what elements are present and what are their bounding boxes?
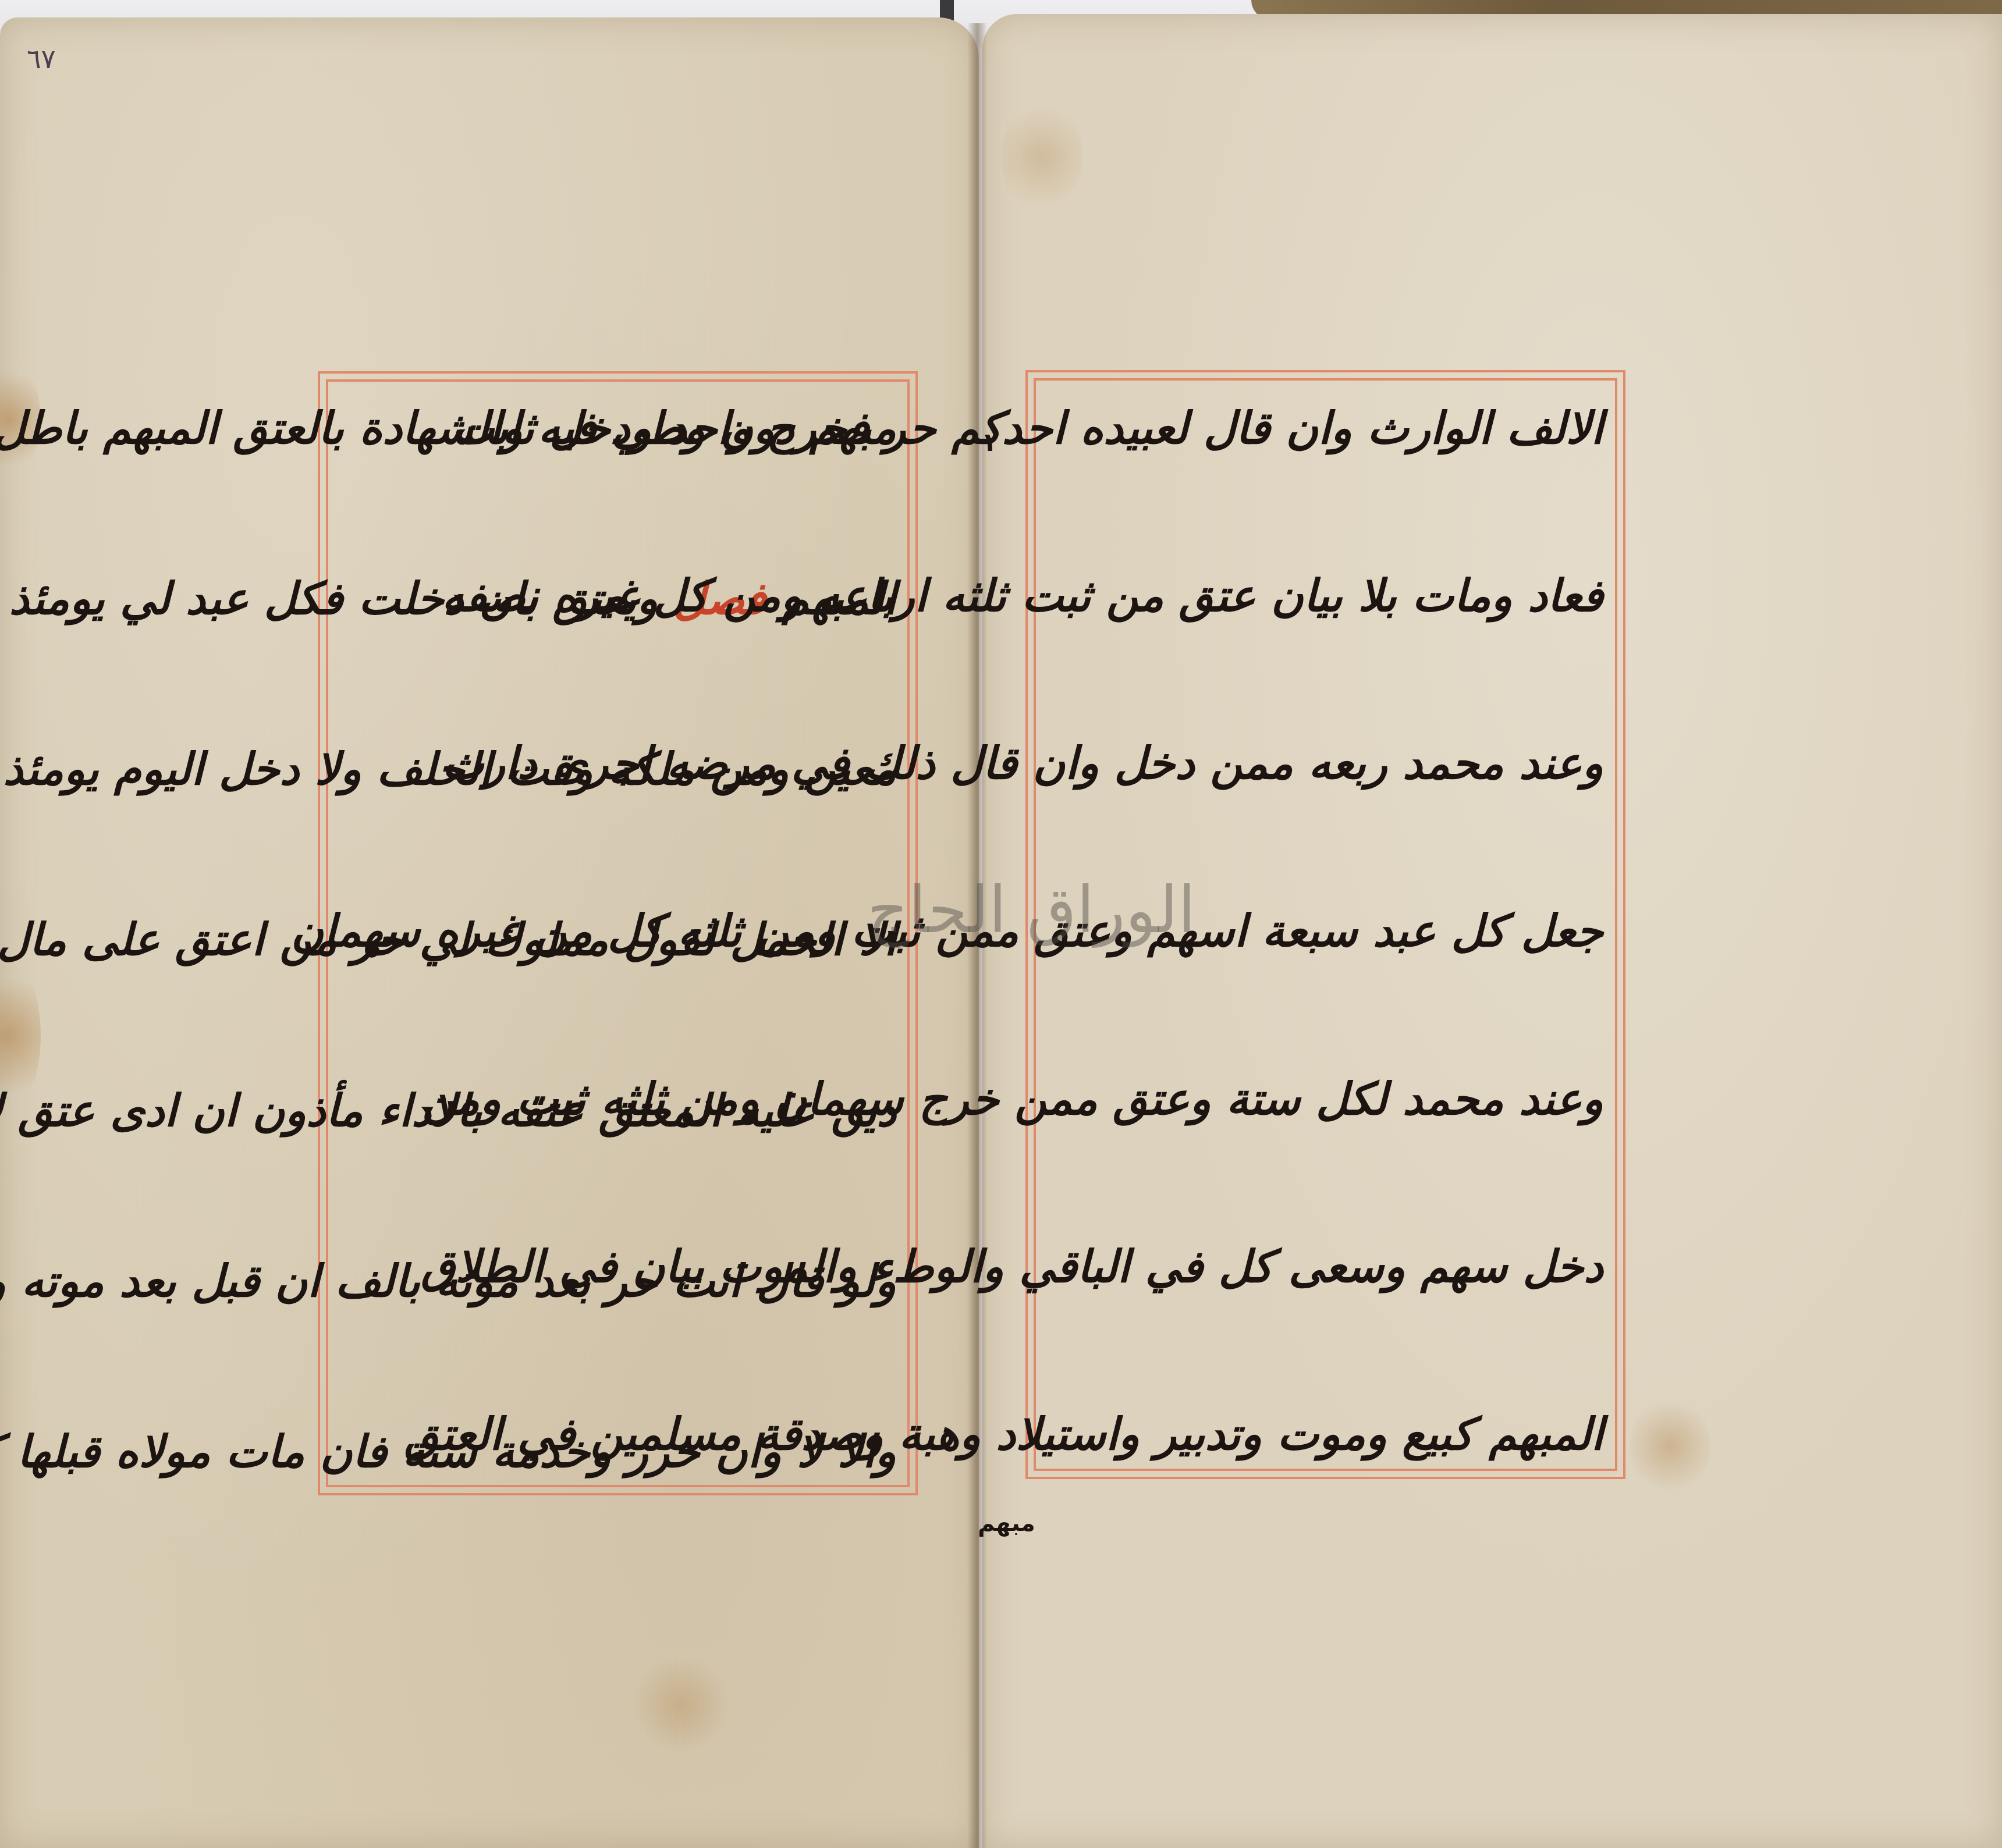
- text-line: دخل سهم وسعى كل في الباقي والوطء والموت …: [1045, 1240, 1603, 1293]
- text-line: فعاد ومات بلا بيان عتق من ثبت ثلثه ارباع…: [1045, 569, 1603, 622]
- text-line: الالف الوارث وان قال لعبيده احدكم حر فخر…: [1045, 401, 1603, 454]
- water-stain-right-frame: [1630, 1396, 1711, 1495]
- catchword-bottom: مبهم: [978, 1510, 1035, 1537]
- water-stain-top-right: [1001, 99, 1082, 215]
- margin-mark-top: ١: [981, 428, 997, 457]
- folio-number: ٦٧: [27, 43, 55, 74]
- text-line: وعند محمد ربعه ممن دخل وان قال ذلك في مر…: [1045, 737, 1603, 790]
- text-line: وعند محمد لكل ستة وعتق ممن خرج سهمان ومن…: [1045, 1072, 1603, 1125]
- watermark: الوراق الحاج: [867, 873, 1196, 947]
- water-stain-bottom: [629, 1658, 733, 1751]
- text-line: المبهم كبيع وموت وتدبير واستيلاد وهبة وص…: [1045, 1408, 1603, 1460]
